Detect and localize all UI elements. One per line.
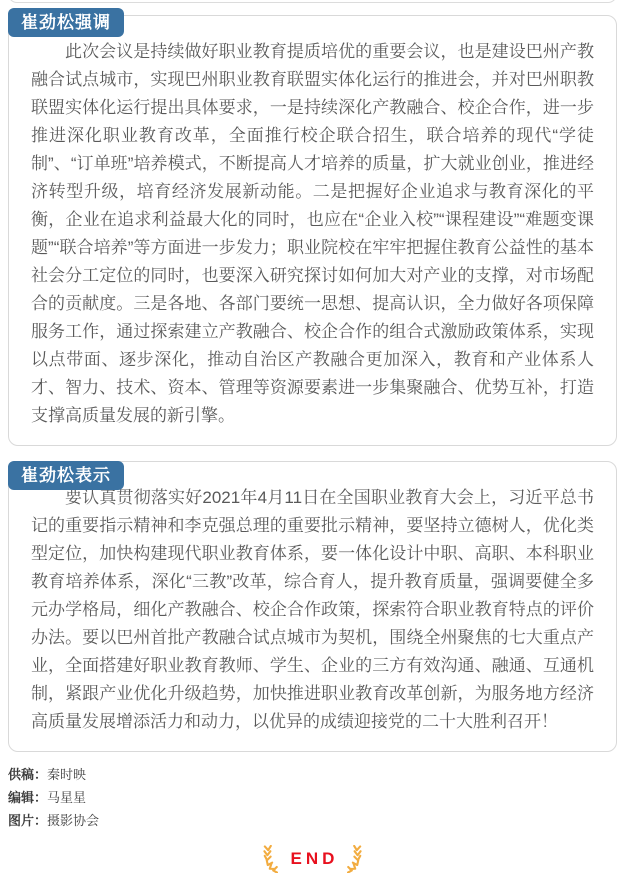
credit-line-editor: 编辑：马星星 bbox=[8, 786, 617, 809]
end-label: END bbox=[287, 849, 339, 869]
section-badge: 崔劲松强调 bbox=[8, 8, 124, 37]
credit-line-photos: 图片：摄影协会 bbox=[8, 809, 617, 832]
quote-box: 要认真贯彻落实好2021年4月11日在全国职业教育大会上，习近平总书记的重要指示… bbox=[8, 461, 617, 752]
quote-paragraph: 要认真贯彻落实好2021年4月11日在全国职业教育大会上，习近平总书记的重要指示… bbox=[31, 484, 594, 736]
end-marker: END bbox=[0, 844, 625, 874]
credit-value: 摄影协会 bbox=[47, 813, 99, 828]
credit-label: 图片： bbox=[8, 813, 47, 828]
credit-line-contributor: 供稿：秦时映 bbox=[8, 763, 617, 786]
credit-label: 编辑： bbox=[8, 790, 47, 805]
section-cui-states: 崔劲松表示 要认真贯彻落实好2021年4月11日在全国职业教育大会上，习近平总书… bbox=[8, 461, 617, 752]
credit-label: 供稿： bbox=[8, 767, 47, 782]
laurel-branch-right-icon bbox=[347, 845, 363, 873]
laurel-branch-left-icon bbox=[262, 845, 278, 873]
section-cui-emphasizes: 崔劲松强调 此次会议是持续做好职业教育提质培优的重要会议，也是建设巴州产教融合试… bbox=[8, 0, 617, 446]
quote-box: 此次会议是持续做好职业教育提质培优的重要会议，也是建设巴州产教融合试点城市，实现… bbox=[8, 15, 617, 446]
credit-value: 马星星 bbox=[47, 790, 86, 805]
quote-paragraph: 此次会议是持续做好职业教育提质培优的重要会议，也是建设巴州产教融合试点城市，实现… bbox=[31, 38, 594, 430]
credit-value: 秦时映 bbox=[47, 767, 86, 782]
section-badge: 崔劲松表示 bbox=[8, 461, 124, 490]
article-page: 崔劲松强调 此次会议是持续做好职业教育提质培优的重要会议，也是建设巴州产教融合试… bbox=[0, 0, 625, 879]
credits: 供稿：秦时映 编辑：马星星 图片：摄影协会 bbox=[8, 763, 617, 832]
